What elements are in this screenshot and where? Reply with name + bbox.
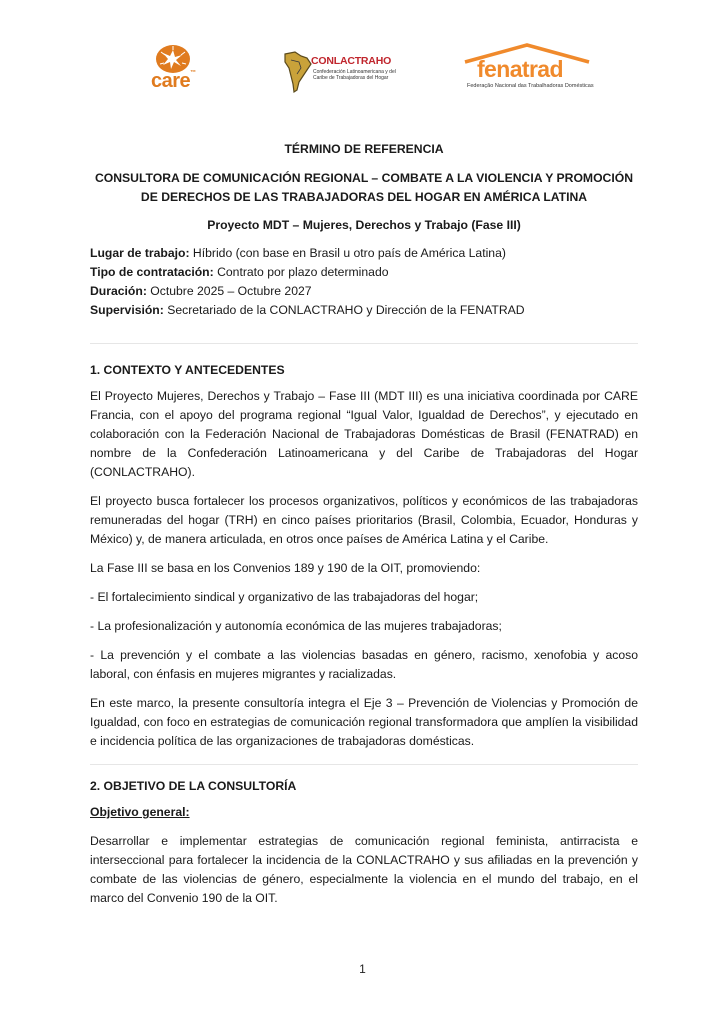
meta-workplace: Lugar de trabajo: Híbrido (con base en B…: [90, 244, 638, 263]
meta-supervision: Supervisión: Secretariado de la CONLACTR…: [90, 301, 638, 320]
closing-paragraph: En este marco, la presente consultoría i…: [90, 694, 638, 751]
care-logo: care™: [145, 44, 215, 96]
conlactraho-wordmark: CONLACTRAHO: [311, 55, 391, 67]
page-number: 1: [0, 962, 725, 976]
general-objective-subheading: Objetivo general:: [90, 803, 638, 822]
project-name: Proyecto MDT – Mujeres, Derechos y Traba…: [90, 216, 638, 235]
section-2-heading: 2. OBJETIVO DE LA CONSULTORÍA: [90, 777, 638, 796]
section-divider: [90, 343, 638, 344]
fenatrad-logo: fenatrad Federação Nacional das Trabalha…: [457, 42, 597, 94]
latin-america-map-icon: [281, 50, 313, 94]
section-divider: [90, 764, 638, 765]
bullet-item: - La prevención y el combate a las viole…: [90, 646, 638, 684]
care-wordmark: care™: [151, 70, 196, 93]
document-page: care™ CONLACTRAHO Confederación Latinoam…: [0, 0, 725, 1024]
logo-header: care™ CONLACTRAHO Confederación Latinoam…: [0, 40, 725, 100]
conlactraho-subtitle: Confederación Latinoamericana y del Cari…: [313, 69, 403, 81]
section-1-heading: 1. CONTEXTO Y ANTECEDENTES: [90, 361, 638, 380]
fenatrad-subtitle: Federação Nacional das Trabalhadoras Dom…: [467, 83, 594, 89]
general-objective-paragraph: Desarrollar e implementar estrategias de…: [90, 832, 638, 908]
contract-details: Lugar de trabajo: Híbrido (con base en B…: [90, 244, 638, 320]
meta-contract-type: Tipo de contratación: Contrato por plazo…: [90, 263, 638, 282]
conlactraho-logo: CONLACTRAHO Confederación Latinoamerican…: [281, 48, 411, 96]
document-body: TÉRMINO DE REFERENCIA CONSULTORA DE COMU…: [90, 140, 638, 918]
document-title: CONSULTORA DE COMUNICACIÓN REGIONAL – CO…: [90, 169, 638, 207]
phase-intro-paragraph: La Fase III se basa en los Convenios 189…: [90, 559, 638, 578]
context-paragraph: El Proyecto Mujeres, Derechos y Trabajo …: [90, 387, 638, 482]
bullet-item: - El fortalecimiento sindical y organiza…: [90, 588, 638, 607]
bullet-item: - La profesionalización y autonomía econ…: [90, 617, 638, 636]
document-heading: TÉRMINO DE REFERENCIA: [90, 140, 638, 159]
meta-duration: Duración: Octubre 2025 – Octubre 2027: [90, 282, 638, 301]
fenatrad-wordmark: fenatrad: [477, 56, 563, 83]
project-goal-paragraph: El proyecto busca fortalecer los proceso…: [90, 492, 638, 549]
